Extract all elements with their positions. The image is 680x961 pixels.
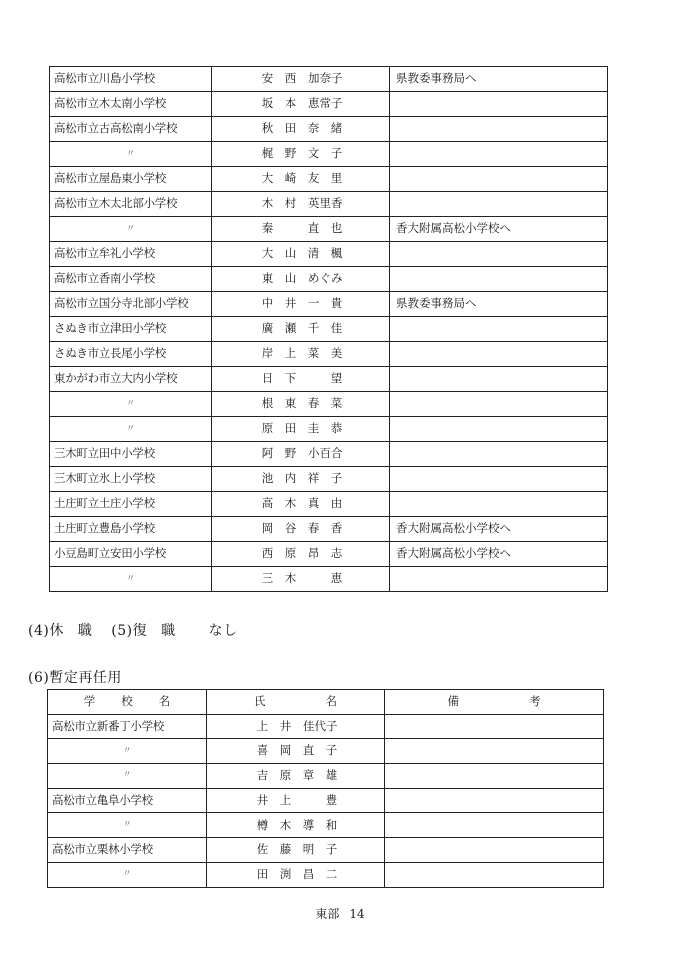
school-cell: さぬき市立津田小学校 bbox=[50, 317, 212, 342]
school-cell: 〃 bbox=[48, 813, 207, 838]
name-cell: 上井佳代子 bbox=[207, 714, 385, 739]
name-part: 二 bbox=[320, 869, 343, 881]
name-part: 由 bbox=[325, 498, 348, 510]
school-cell: 土庄町立土庄小学校 bbox=[50, 492, 212, 517]
table-row: 高松市立古高松南小学校秋田奈緒 bbox=[50, 117, 608, 142]
table-row: 高松市立木太南小学校坂本恵常子 bbox=[50, 92, 608, 117]
page-number: 14 bbox=[349, 907, 364, 921]
name-cell: 喜岡直子 bbox=[207, 739, 385, 764]
note-cell bbox=[390, 117, 608, 142]
name-part: 根 bbox=[256, 398, 279, 410]
name-part: 豊 bbox=[320, 795, 343, 807]
name-part: 田 bbox=[279, 423, 302, 435]
leave-label-2: 職 bbox=[78, 623, 93, 639]
name-part: 望 bbox=[325, 373, 348, 385]
table-row: 三木町立氷上小学校池内祥子 bbox=[50, 467, 608, 492]
name-part: 明 bbox=[297, 844, 320, 856]
name-cell: 阿野小百合 bbox=[212, 442, 390, 467]
name-cell: 安西加奈子 bbox=[212, 67, 390, 92]
name-cell: 日下望 bbox=[212, 367, 390, 392]
school-cell: 高松市立木太北部小学校 bbox=[50, 192, 212, 217]
table-row: さぬき市立津田小学校廣瀬千佳 bbox=[50, 317, 608, 342]
name-cell: 中井一貴 bbox=[212, 292, 390, 317]
leave-return-value: なし bbox=[209, 623, 238, 639]
name-part: 谷 bbox=[279, 523, 302, 535]
school-cell: 〃 bbox=[48, 862, 207, 887]
school-cell: 〃 bbox=[50, 417, 212, 442]
school-cell: 高松市立古高松南小学校 bbox=[50, 117, 212, 142]
name-part: 西 bbox=[279, 73, 302, 85]
name-part: 木 bbox=[274, 820, 297, 832]
name-part: 樽 bbox=[251, 820, 274, 832]
note-cell bbox=[390, 342, 608, 367]
table-row: 土庄町立土庄小学校高木真由 bbox=[50, 492, 608, 517]
header-school-char: 学 bbox=[84, 696, 96, 708]
school-cell: 高松市立木太南小学校 bbox=[50, 92, 212, 117]
note-cell: 県教委事務局へ bbox=[390, 292, 608, 317]
return-label-1: 復 bbox=[133, 623, 148, 639]
table-row: 高松市立新番丁小学校上井佳代子 bbox=[48, 714, 604, 739]
name-part: 内 bbox=[279, 473, 302, 485]
name-cell: 岸上菜美 bbox=[212, 342, 390, 367]
note-cell bbox=[385, 813, 604, 838]
name-part: 井 bbox=[251, 795, 274, 807]
name-part: 大 bbox=[256, 248, 279, 260]
name-part: 佐 bbox=[251, 844, 274, 856]
school-cell: 〃 bbox=[50, 142, 212, 167]
table-row: 〃喜岡直子 bbox=[48, 739, 604, 764]
table-row: 東かがわ市立大内小学校日下望 bbox=[50, 367, 608, 392]
name-part: 祥 bbox=[302, 473, 325, 485]
name-part: 清 bbox=[302, 248, 325, 260]
header-note: 備考 bbox=[385, 690, 604, 715]
name-part: 梶 bbox=[256, 148, 279, 160]
name-part: 西 bbox=[256, 548, 279, 560]
school-cell: 〃 bbox=[50, 392, 212, 417]
table-row: 高松市立栗林小学校佐藤明子 bbox=[48, 838, 604, 863]
table-row: 高松市立川島小学校安西加奈子県教委事務局へ bbox=[50, 67, 608, 92]
note-cell bbox=[390, 142, 608, 167]
name-part: 子 bbox=[325, 473, 348, 485]
header-school-char: 名 bbox=[159, 696, 171, 708]
name-part: 喜 bbox=[251, 745, 274, 757]
name-cell: 樽木導和 bbox=[207, 813, 385, 838]
name-cell: 秦直也 bbox=[212, 217, 390, 242]
name-part: 木 bbox=[256, 198, 279, 210]
note-cell bbox=[390, 492, 608, 517]
name-part: 阿 bbox=[256, 448, 279, 460]
name-cell: 木村英里香 bbox=[212, 192, 390, 217]
school-cell: 高松市立屋島東小学校 bbox=[50, 167, 212, 192]
name-part: 也 bbox=[325, 223, 348, 235]
name-part: 高 bbox=[256, 498, 279, 510]
name-part: 中 bbox=[256, 298, 279, 310]
header-name-char: 氏 bbox=[254, 696, 266, 708]
table-row: 土庄町立豊島小学校岡谷春香香大附属高松小学校へ bbox=[50, 517, 608, 542]
name-part: 里 bbox=[325, 173, 348, 185]
transfers-table-body: 高松市立川島小学校安西加奈子県教委事務局へ高松市立木太南小学校坂本恵常子高松市立… bbox=[50, 67, 608, 592]
name-part: 大 bbox=[256, 173, 279, 185]
name-cell: 原田圭恭 bbox=[212, 417, 390, 442]
name-part: 吉 bbox=[251, 770, 274, 782]
school-cell: 三木町立氷上小学校 bbox=[50, 467, 212, 492]
leave-number: (4) bbox=[28, 623, 49, 639]
name-part: 導 bbox=[297, 820, 320, 832]
note-cell bbox=[390, 317, 608, 342]
name-part: 田 bbox=[251, 869, 274, 881]
name-part: 上 bbox=[279, 348, 302, 360]
name-part: 木 bbox=[279, 573, 302, 585]
school-cell: 小豆島町立安田小学校 bbox=[50, 542, 212, 567]
note-cell bbox=[390, 367, 608, 392]
name-part: 井 bbox=[274, 721, 297, 733]
table-row: 〃吉原章雄 bbox=[48, 764, 604, 789]
school-cell: 土庄町立豊島小学校 bbox=[50, 517, 212, 542]
name-part: 恵 bbox=[325, 573, 348, 585]
header-name: 氏名 bbox=[207, 690, 385, 715]
school-cell: さぬき市立長尾小学校 bbox=[50, 342, 212, 367]
note-cell bbox=[390, 167, 608, 192]
name-part: 菜 bbox=[302, 348, 325, 360]
note-cell bbox=[390, 267, 608, 292]
name-part: 廣 bbox=[256, 323, 279, 335]
note-cell: 香大附属高松小学校へ bbox=[390, 217, 608, 242]
name-part: 子 bbox=[320, 745, 343, 757]
name-part: 日 bbox=[256, 373, 279, 385]
name-part: 池 bbox=[256, 473, 279, 485]
name-part: 下 bbox=[279, 373, 302, 385]
name-cell: 三木恵 bbox=[212, 567, 390, 592]
header-school: 学校名 bbox=[48, 690, 207, 715]
name-cell: 井上豊 bbox=[207, 788, 385, 813]
note-cell bbox=[385, 788, 604, 813]
table-row: 〃三木恵 bbox=[50, 567, 608, 592]
note-cell bbox=[385, 739, 604, 764]
note-cell bbox=[385, 862, 604, 887]
table-row: 三木町立田中小学校阿野小百合 bbox=[50, 442, 608, 467]
name-part: 田 bbox=[279, 123, 302, 135]
name-cell: 高木真由 bbox=[212, 492, 390, 517]
name-part: 三 bbox=[256, 573, 279, 585]
name-cell: 大山清楓 bbox=[212, 242, 390, 267]
name-part: 子 bbox=[325, 148, 348, 160]
table-row: 高松市立国分寺北部小学校中井一貴県教委事務局へ bbox=[50, 292, 608, 317]
name-cell: 梶野文子 bbox=[212, 142, 390, 167]
rehire-table-body: 高松市立新番丁小学校上井佳代子〃喜岡直子〃吉原章雄高松市立亀阜小学校井上豊〃樽木… bbox=[48, 714, 604, 887]
name-part: 恵常子 bbox=[308, 98, 343, 110]
name-part: 佳代子 bbox=[303, 721, 338, 733]
name-part: 佳 bbox=[325, 323, 348, 335]
school-cell: 〃 bbox=[48, 764, 207, 789]
name-part: 上 bbox=[251, 721, 274, 733]
name-part: 直 bbox=[297, 745, 320, 757]
transfers-table: 高松市立川島小学校安西加奈子県教委事務局へ高松市立木太南小学校坂本恵常子高松市立… bbox=[49, 66, 608, 592]
name-part: めぐみ bbox=[308, 273, 343, 285]
name-part: 山 bbox=[279, 273, 302, 285]
rehire-section-title: (6)暫定再任用 bbox=[28, 667, 122, 687]
table-row: 〃根東春菜 bbox=[50, 392, 608, 417]
name-part: 秦 bbox=[256, 223, 279, 235]
name-part: 坂 bbox=[256, 98, 279, 110]
name-cell: 西原昂志 bbox=[212, 542, 390, 567]
note-cell bbox=[385, 714, 604, 739]
name-part: 春 bbox=[302, 398, 325, 410]
name-part: 原 bbox=[256, 423, 279, 435]
name-part: 貴 bbox=[325, 298, 348, 310]
name-part: 東 bbox=[256, 273, 279, 285]
header-name-char: 名 bbox=[326, 696, 338, 708]
leave-label-1: 休 bbox=[49, 623, 64, 639]
name-part: 加奈子 bbox=[308, 73, 343, 85]
name-part: 美 bbox=[325, 348, 348, 360]
header-note-char: 備 bbox=[448, 696, 460, 708]
table-row: 高松市立牟礼小学校大山清楓 bbox=[50, 242, 608, 267]
name-cell: 坂本恵常子 bbox=[212, 92, 390, 117]
name-cell: 秋田奈緒 bbox=[212, 117, 390, 142]
note-cell bbox=[390, 242, 608, 267]
school-cell: 高松市立国分寺北部小学校 bbox=[50, 292, 212, 317]
note-cell bbox=[390, 442, 608, 467]
note-cell bbox=[385, 764, 604, 789]
note-cell bbox=[390, 392, 608, 417]
name-part: 井 bbox=[279, 298, 302, 310]
name-cell: 池内祥子 bbox=[212, 467, 390, 492]
name-part: 英里香 bbox=[308, 198, 343, 210]
name-part: 東 bbox=[279, 398, 302, 410]
table-row: さぬき市立長尾小学校岸上菜美 bbox=[50, 342, 608, 367]
table-row: 高松市立屋島東小学校大崎友里 bbox=[50, 167, 608, 192]
note-cell bbox=[390, 417, 608, 442]
school-cell: 高松市立香南小学校 bbox=[50, 267, 212, 292]
name-part: 上 bbox=[274, 795, 297, 807]
name-cell: 大崎友里 bbox=[212, 167, 390, 192]
header-note-char: 考 bbox=[529, 696, 541, 708]
name-part: 志 bbox=[325, 548, 348, 560]
school-cell: 〃 bbox=[50, 217, 212, 242]
note-cell: 香大附属高松小学校へ bbox=[390, 542, 608, 567]
table-row: 〃樽木導和 bbox=[48, 813, 604, 838]
header-school-char: 校 bbox=[121, 696, 133, 708]
name-cell: 佐藤明子 bbox=[207, 838, 385, 863]
name-part: 奈 bbox=[302, 123, 325, 135]
footer-section: 東部 bbox=[315, 907, 339, 921]
name-part: 原 bbox=[279, 548, 302, 560]
name-cell: 根東春菜 bbox=[212, 392, 390, 417]
name-part: 崎 bbox=[279, 173, 302, 185]
name-part: 本 bbox=[279, 98, 302, 110]
note-cell bbox=[390, 567, 608, 592]
name-part: 和 bbox=[320, 820, 343, 832]
name-part: 春 bbox=[302, 523, 325, 535]
name-part: 千 bbox=[302, 323, 325, 335]
name-part: 野 bbox=[279, 148, 302, 160]
name-part: 子 bbox=[320, 844, 343, 856]
name-part: 瀬 bbox=[279, 323, 302, 335]
name-part: 小百合 bbox=[308, 448, 343, 460]
name-cell: 廣瀬千佳 bbox=[212, 317, 390, 342]
name-part: 岸 bbox=[256, 348, 279, 360]
name-part: 緒 bbox=[325, 123, 348, 135]
return-number: (5) bbox=[111, 623, 132, 639]
name-part: 野 bbox=[279, 448, 302, 460]
name-part: 渕 bbox=[274, 869, 297, 881]
table-row: 〃梶野文子 bbox=[50, 142, 608, 167]
name-part: 秋 bbox=[256, 123, 279, 135]
name-part: 岡 bbox=[256, 523, 279, 535]
name-cell: 田渕昌二 bbox=[207, 862, 385, 887]
name-part: 章 bbox=[297, 770, 320, 782]
name-part: 真 bbox=[302, 498, 325, 510]
name-part: 藤 bbox=[274, 844, 297, 856]
school-cell: 高松市立亀阜小学校 bbox=[48, 788, 207, 813]
name-part: 恭 bbox=[325, 423, 348, 435]
page-footer: 東部14 bbox=[0, 905, 680, 922]
table-row: 高松市立木太北部小学校木村英里香 bbox=[50, 192, 608, 217]
note-cell bbox=[390, 92, 608, 117]
name-part: 一 bbox=[302, 298, 325, 310]
return-label-2: 職 bbox=[161, 623, 176, 639]
table-row: 〃秦直也香大附属高松小学校へ bbox=[50, 217, 608, 242]
note-cell: 香大附属高松小学校へ bbox=[390, 517, 608, 542]
name-cell: 東山めぐみ bbox=[212, 267, 390, 292]
school-cell: 〃 bbox=[50, 567, 212, 592]
name-part: 楓 bbox=[325, 248, 348, 260]
name-part: 安 bbox=[256, 73, 279, 85]
name-part: 原 bbox=[274, 770, 297, 782]
school-cell: 三木町立田中小学校 bbox=[50, 442, 212, 467]
name-part: 岡 bbox=[274, 745, 297, 757]
school-cell: 東かがわ市立大内小学校 bbox=[50, 367, 212, 392]
name-part: 直 bbox=[302, 223, 325, 235]
note-cell bbox=[390, 192, 608, 217]
rehire-header-row: 学校名 氏名 備考 bbox=[48, 690, 604, 715]
leave-return-section: (4)休職 (5)復職 なし bbox=[28, 620, 238, 640]
name-cell: 吉原章雄 bbox=[207, 764, 385, 789]
name-part: 香 bbox=[325, 523, 348, 535]
note-cell bbox=[385, 838, 604, 863]
name-part: 友 bbox=[302, 173, 325, 185]
name-part: 昂 bbox=[302, 548, 325, 560]
school-cell: 高松市立栗林小学校 bbox=[48, 838, 207, 863]
school-cell: 〃 bbox=[48, 739, 207, 764]
table-row: 〃田渕昌二 bbox=[48, 862, 604, 887]
school-cell: 高松市立新番丁小学校 bbox=[48, 714, 207, 739]
table-row: 〃原田圭恭 bbox=[50, 417, 608, 442]
name-part: 昌 bbox=[297, 869, 320, 881]
rehire-table: 学校名 氏名 備考 高松市立新番丁小学校上井佳代子〃喜岡直子〃吉原章雄高松市立亀… bbox=[47, 689, 604, 888]
name-cell: 岡谷春香 bbox=[212, 517, 390, 542]
name-part: 菜 bbox=[325, 398, 348, 410]
name-part: 木 bbox=[279, 498, 302, 510]
school-cell: 高松市立川島小学校 bbox=[50, 67, 212, 92]
note-cell bbox=[390, 467, 608, 492]
name-part: 圭 bbox=[302, 423, 325, 435]
table-row: 小豆島町立安田小学校西原昂志香大附属高松小学校へ bbox=[50, 542, 608, 567]
note-cell: 県教委事務局へ bbox=[390, 67, 608, 92]
name-part: 村 bbox=[279, 198, 302, 210]
table-row: 高松市立香南小学校東山めぐみ bbox=[50, 267, 608, 292]
school-cell: 高松市立牟礼小学校 bbox=[50, 242, 212, 267]
table-row: 高松市立亀阜小学校井上豊 bbox=[48, 788, 604, 813]
name-part: 文 bbox=[302, 148, 325, 160]
name-part: 山 bbox=[279, 248, 302, 260]
name-part: 雄 bbox=[320, 770, 343, 782]
